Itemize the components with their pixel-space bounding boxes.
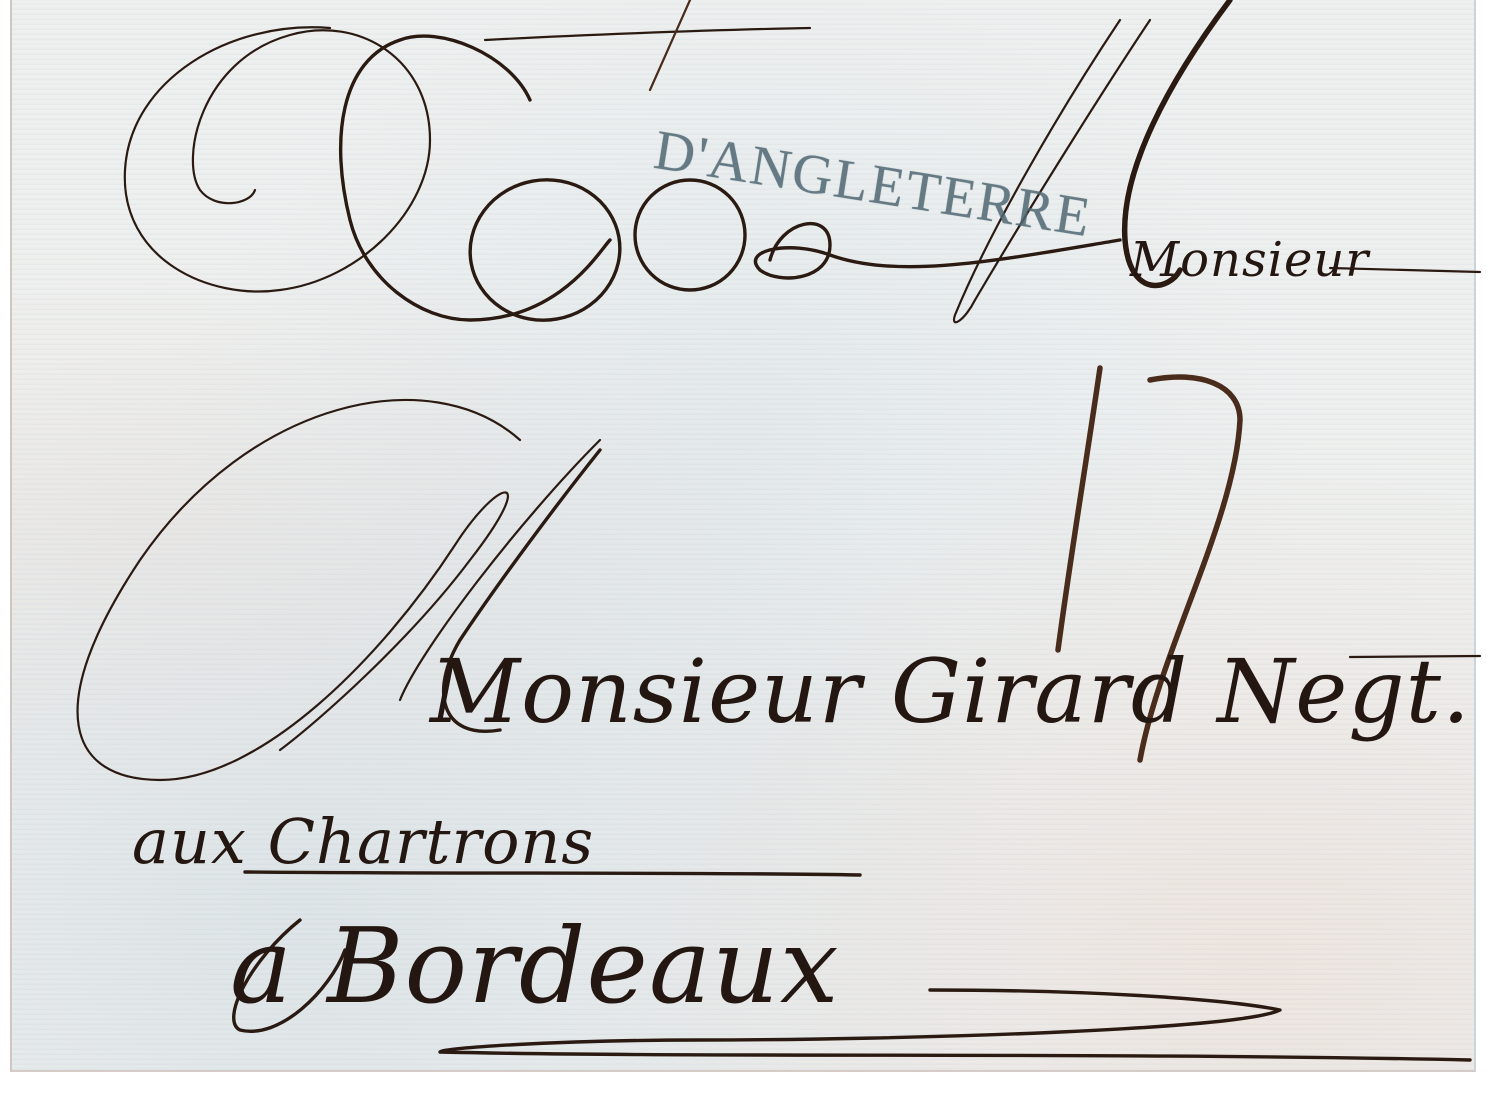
address-city: a Bordeaux (230, 905, 840, 1027)
address-locality: aux Chartrons (132, 805, 594, 878)
address-salutation-top: Monsieur (1130, 232, 1369, 288)
